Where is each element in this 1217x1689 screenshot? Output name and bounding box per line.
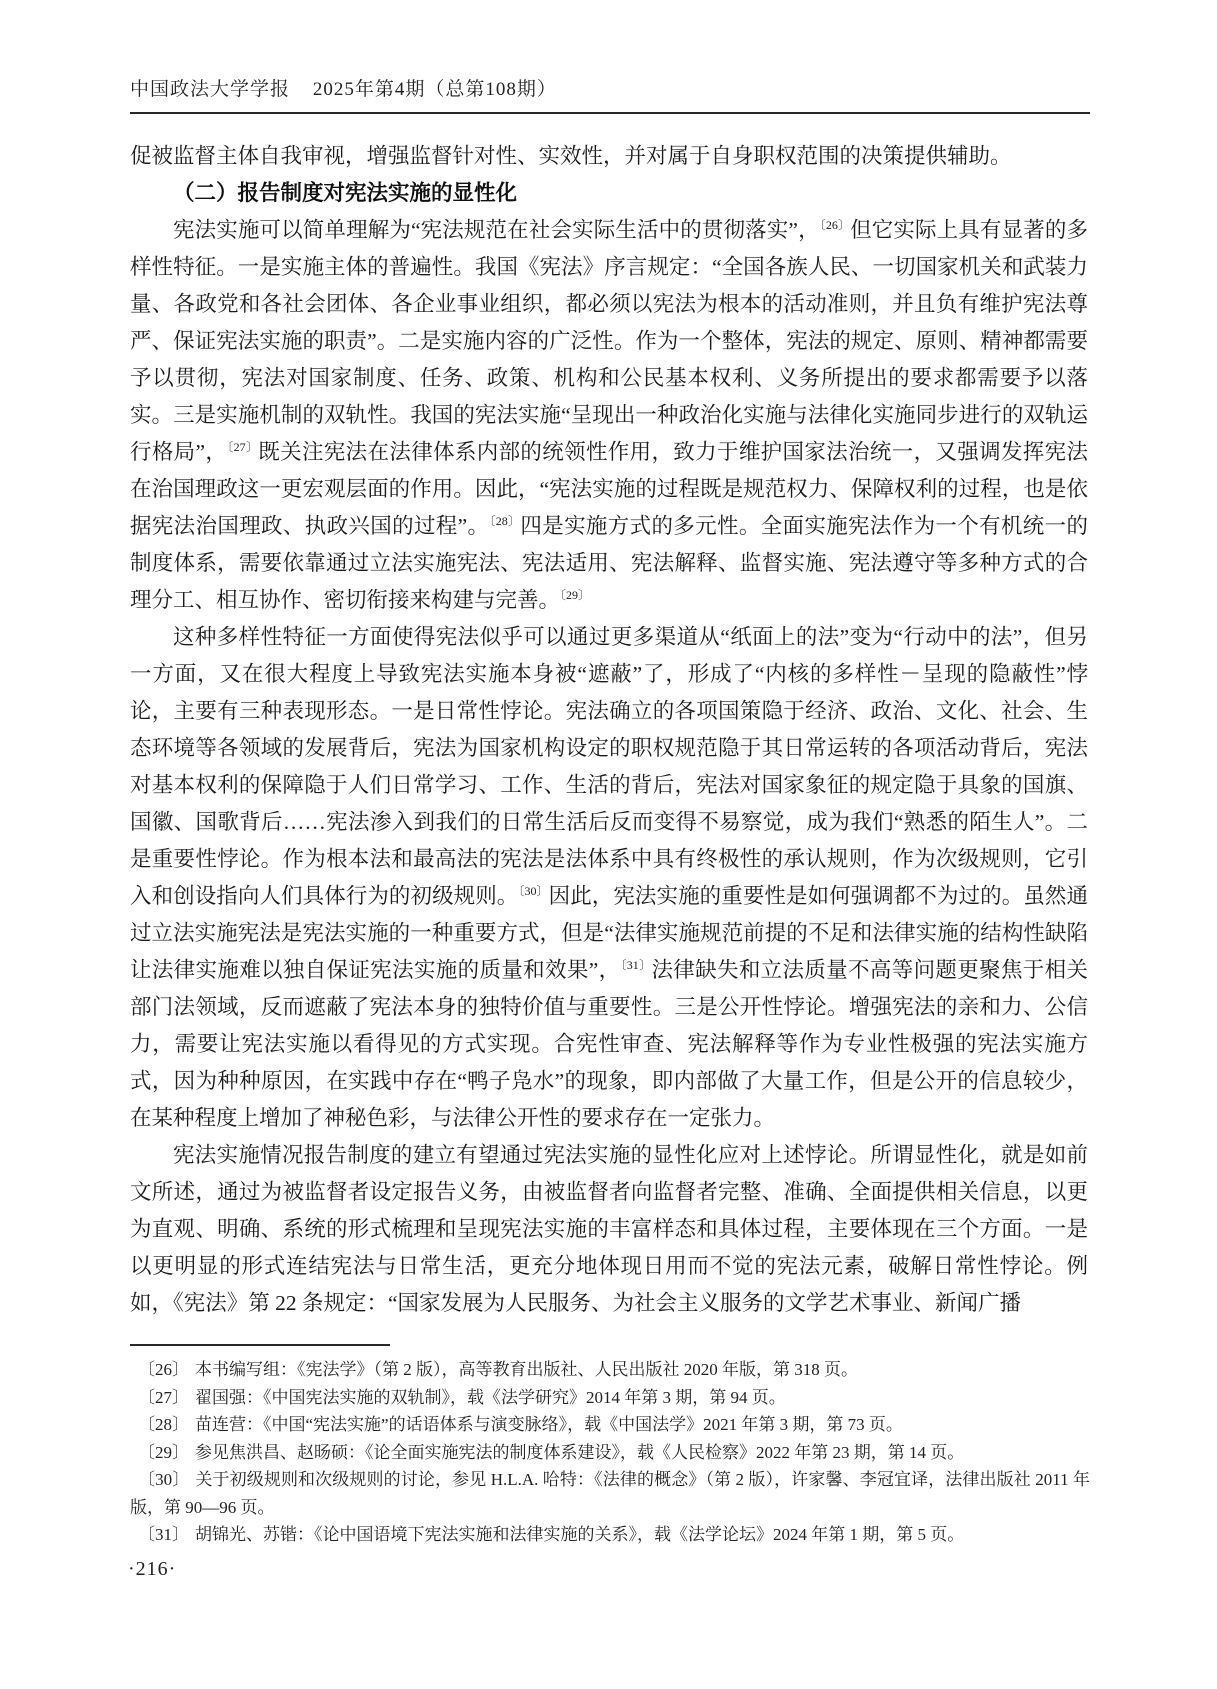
footnote-label: 〔26〕: [138, 1360, 189, 1379]
text-run: 这种多样性特征一方面使得宪法似乎可以通过更多渠道从“纸面上的法”变为“行动中的法…: [130, 625, 1088, 908]
running-head: 中国政法大学学报2025年第4期（总第108期）: [130, 74, 1090, 101]
footnote-ref: 〔30〕: [518, 884, 548, 898]
footnote-ref: 〔28〕: [489, 514, 520, 528]
footnote-item: 〔30〕关于初级规则和次级规则的讨论，参见 H.L.A. 哈特：《法律的概念》（…: [130, 1466, 1090, 1521]
footnote-label: 〔29〕: [138, 1443, 189, 1462]
text-run: （二）报告制度对宪法实施的显性化: [173, 181, 517, 205]
text-run: 法律缺失和立法质量不高等问题更聚焦于相关部门法领域，反而遮蔽了宪法本身的独特价值…: [130, 958, 1088, 1130]
paragraph: 宪法实施可以简单理解为“宪法规范在社会实际生活中的贯彻落实”，〔26〕但它实际上…: [130, 212, 1088, 619]
text-run: 促被监督主体自我审视，增强监督针对性、实效性，并对属于自身职权范围的决策提供辅助…: [130, 144, 1012, 168]
footnote-label: 〔28〕: [138, 1415, 189, 1434]
footnote-text: 关于初级规则和次级规则的讨论，参见 H.L.A. 哈特：《法律的概念》（第 2 …: [130, 1470, 1090, 1517]
header-rule: [130, 112, 1090, 114]
footnotes-block: 〔26〕本书编写组：《宪法学》（第 2 版），高等教育出版社、人民出版社 202…: [130, 1356, 1090, 1549]
footnote-text: 本书编写组：《宪法学》（第 2 版），高等教育出版社、人民出版社 2020 年版…: [195, 1360, 858, 1379]
page-number: ·216·: [128, 1558, 176, 1581]
footnote-label: 〔31〕: [138, 1525, 189, 1544]
section-heading: （二）报告制度对宪法实施的显性化: [130, 175, 1088, 212]
paragraph: 这种多样性特征一方面使得宪法似乎可以通过更多渠道从“纸面上的法”变为“行动中的法…: [130, 619, 1088, 1137]
footnote-ref: 〔29〕: [560, 588, 590, 602]
footnote-text: 参见焦洪昌、赵旸硕：《论全面实施宪法的制度体系建设》，载《人民检察》2022 年…: [195, 1443, 964, 1462]
footnote-text: 胡锦光、苏锴：《论中国语境下宪法实施和法律实施的关系》，载《法学论坛》2024 …: [195, 1525, 964, 1544]
footnote-item: 〔26〕本书编写组：《宪法学》（第 2 版），高等教育出版社、人民出版社 202…: [130, 1356, 1090, 1384]
text-run: 宪法实施可以简单理解为“宪法规范在社会实际生活中的贯彻落实”，: [173, 218, 820, 242]
footnote-separator: [130, 1344, 390, 1346]
footnote-ref: 〔27〕: [227, 440, 258, 454]
footnote-ref: 〔31〕: [620, 958, 651, 972]
text-run: 但它实际上具有显著的多样性特征。一是实施主体的普遍性。我国《宪法》序言规定：“全…: [130, 218, 1088, 464]
footnote-label: 〔30〕: [138, 1470, 189, 1489]
footnote-label: 〔27〕: [138, 1388, 189, 1407]
journal-page: 中国政法大学学报2025年第4期（总第108期） 促被监督主体自我审视，增强监督…: [0, 0, 1217, 1689]
text-run: 宪法实施情况报告制度的建立有望通过宪法实施的显性化应对上述悖论。所谓显性化，就是…: [130, 1143, 1088, 1315]
paragraph: 宪法实施情况报告制度的建立有望通过宪法实施的显性化应对上述悖论。所谓显性化，就是…: [130, 1137, 1088, 1322]
paragraph: 促被监督主体自我审视，增强监督针对性、实效性，并对属于自身职权范围的决策提供辅助…: [130, 138, 1088, 175]
footnote-text: 苗连营：《中国“宪法实施”的话语体系与演变脉络》，载《中国法学》2021 年第 …: [195, 1415, 903, 1434]
footnote-text: 翟国强：《中国宪法实施的双轨制》，载《法学研究》2014 年第 3 期，第 94…: [195, 1388, 786, 1407]
footnote-ref: 〔26〕: [820, 218, 850, 232]
journal-title: 中国政法大学学报: [130, 79, 290, 100]
footnote-item: 〔31〕胡锦光、苏锴：《论中国语境下宪法实施和法律实施的关系》，载《法学论坛》2…: [130, 1521, 1090, 1549]
issue-info: 2025年第4期（总第108期）: [313, 79, 557, 100]
footnote-item: 〔29〕参见焦洪昌、赵旸硕：《论全面实施宪法的制度体系建设》，载《人民检察》20…: [130, 1439, 1090, 1467]
footnote-item: 〔28〕苗连营：《中国“宪法实施”的话语体系与演变脉络》，载《中国法学》2021…: [130, 1411, 1090, 1439]
article-body: 促被监督主体自我审视，增强监督针对性、实效性，并对属于自身职权范围的决策提供辅助…: [130, 138, 1088, 1322]
footnote-item: 〔27〕翟国强：《中国宪法实施的双轨制》，载《法学研究》2014 年第 3 期，…: [130, 1384, 1090, 1412]
